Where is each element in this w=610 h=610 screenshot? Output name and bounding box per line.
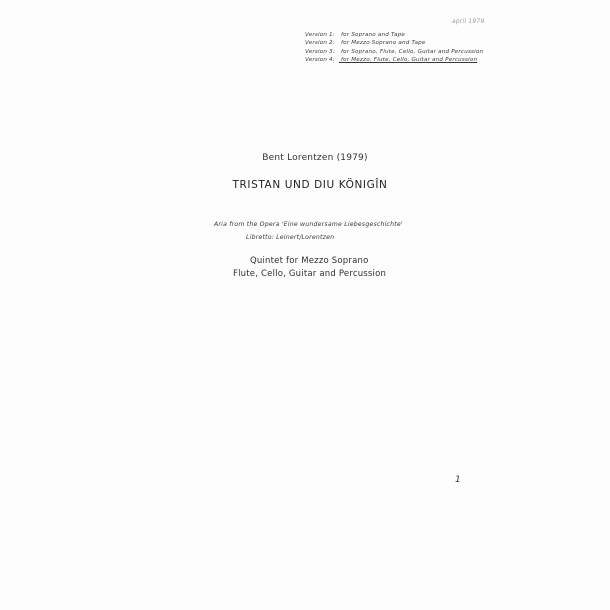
version-row: Version 3: for Soprano, Flute, Cello, Gu…: [305, 48, 483, 56]
version-label: Version 3:: [305, 48, 339, 56]
version-row: Version 1: for Soprano and Tape: [305, 31, 483, 39]
instrumentation-line-2: Flute, Cello, Guitar and Percussion: [233, 269, 386, 279]
work-title: TRISTAN UND DIU KÖNIGÎN: [0, 179, 610, 191]
version-text: for Soprano and Tape: [341, 32, 405, 38]
version-text: for Mezzo Soprano and Tape: [341, 40, 426, 46]
version-text: for Soprano, Flute, Cello, Guitar and Pe…: [341, 49, 483, 55]
version-text: for Mezzo, Flute, Cello, Guitar and Perc…: [341, 57, 477, 63]
libretto-line: Libretto: Leinert/Lorentzen: [246, 234, 334, 241]
page-number: 1: [455, 475, 461, 485]
versions-list: Version 1: for Soprano and Tape Version …: [305, 31, 483, 65]
version-row: Version 2: for Mezzo Soprano and Tape: [305, 39, 483, 47]
version-row-selected: Version 4: for Mezzo, Flute, Cello, Guit…: [305, 56, 483, 64]
score-title-page: april 1979 Version 1: for Soprano and Ta…: [0, 0, 610, 610]
version-label: Version 2:: [305, 39, 339, 47]
aria-subtitle: Aria from the Opera 'Eine wundersame Lie…: [214, 221, 403, 228]
version-label: Version 1:: [305, 31, 339, 39]
date-note: april 1979: [452, 18, 484, 25]
composer-line: Bent Lorentzen (1979): [0, 153, 610, 163]
version-label: Version 4:: [305, 56, 339, 64]
instrumentation-line-1: Quintet for Mezzo Soprano: [250, 256, 368, 266]
